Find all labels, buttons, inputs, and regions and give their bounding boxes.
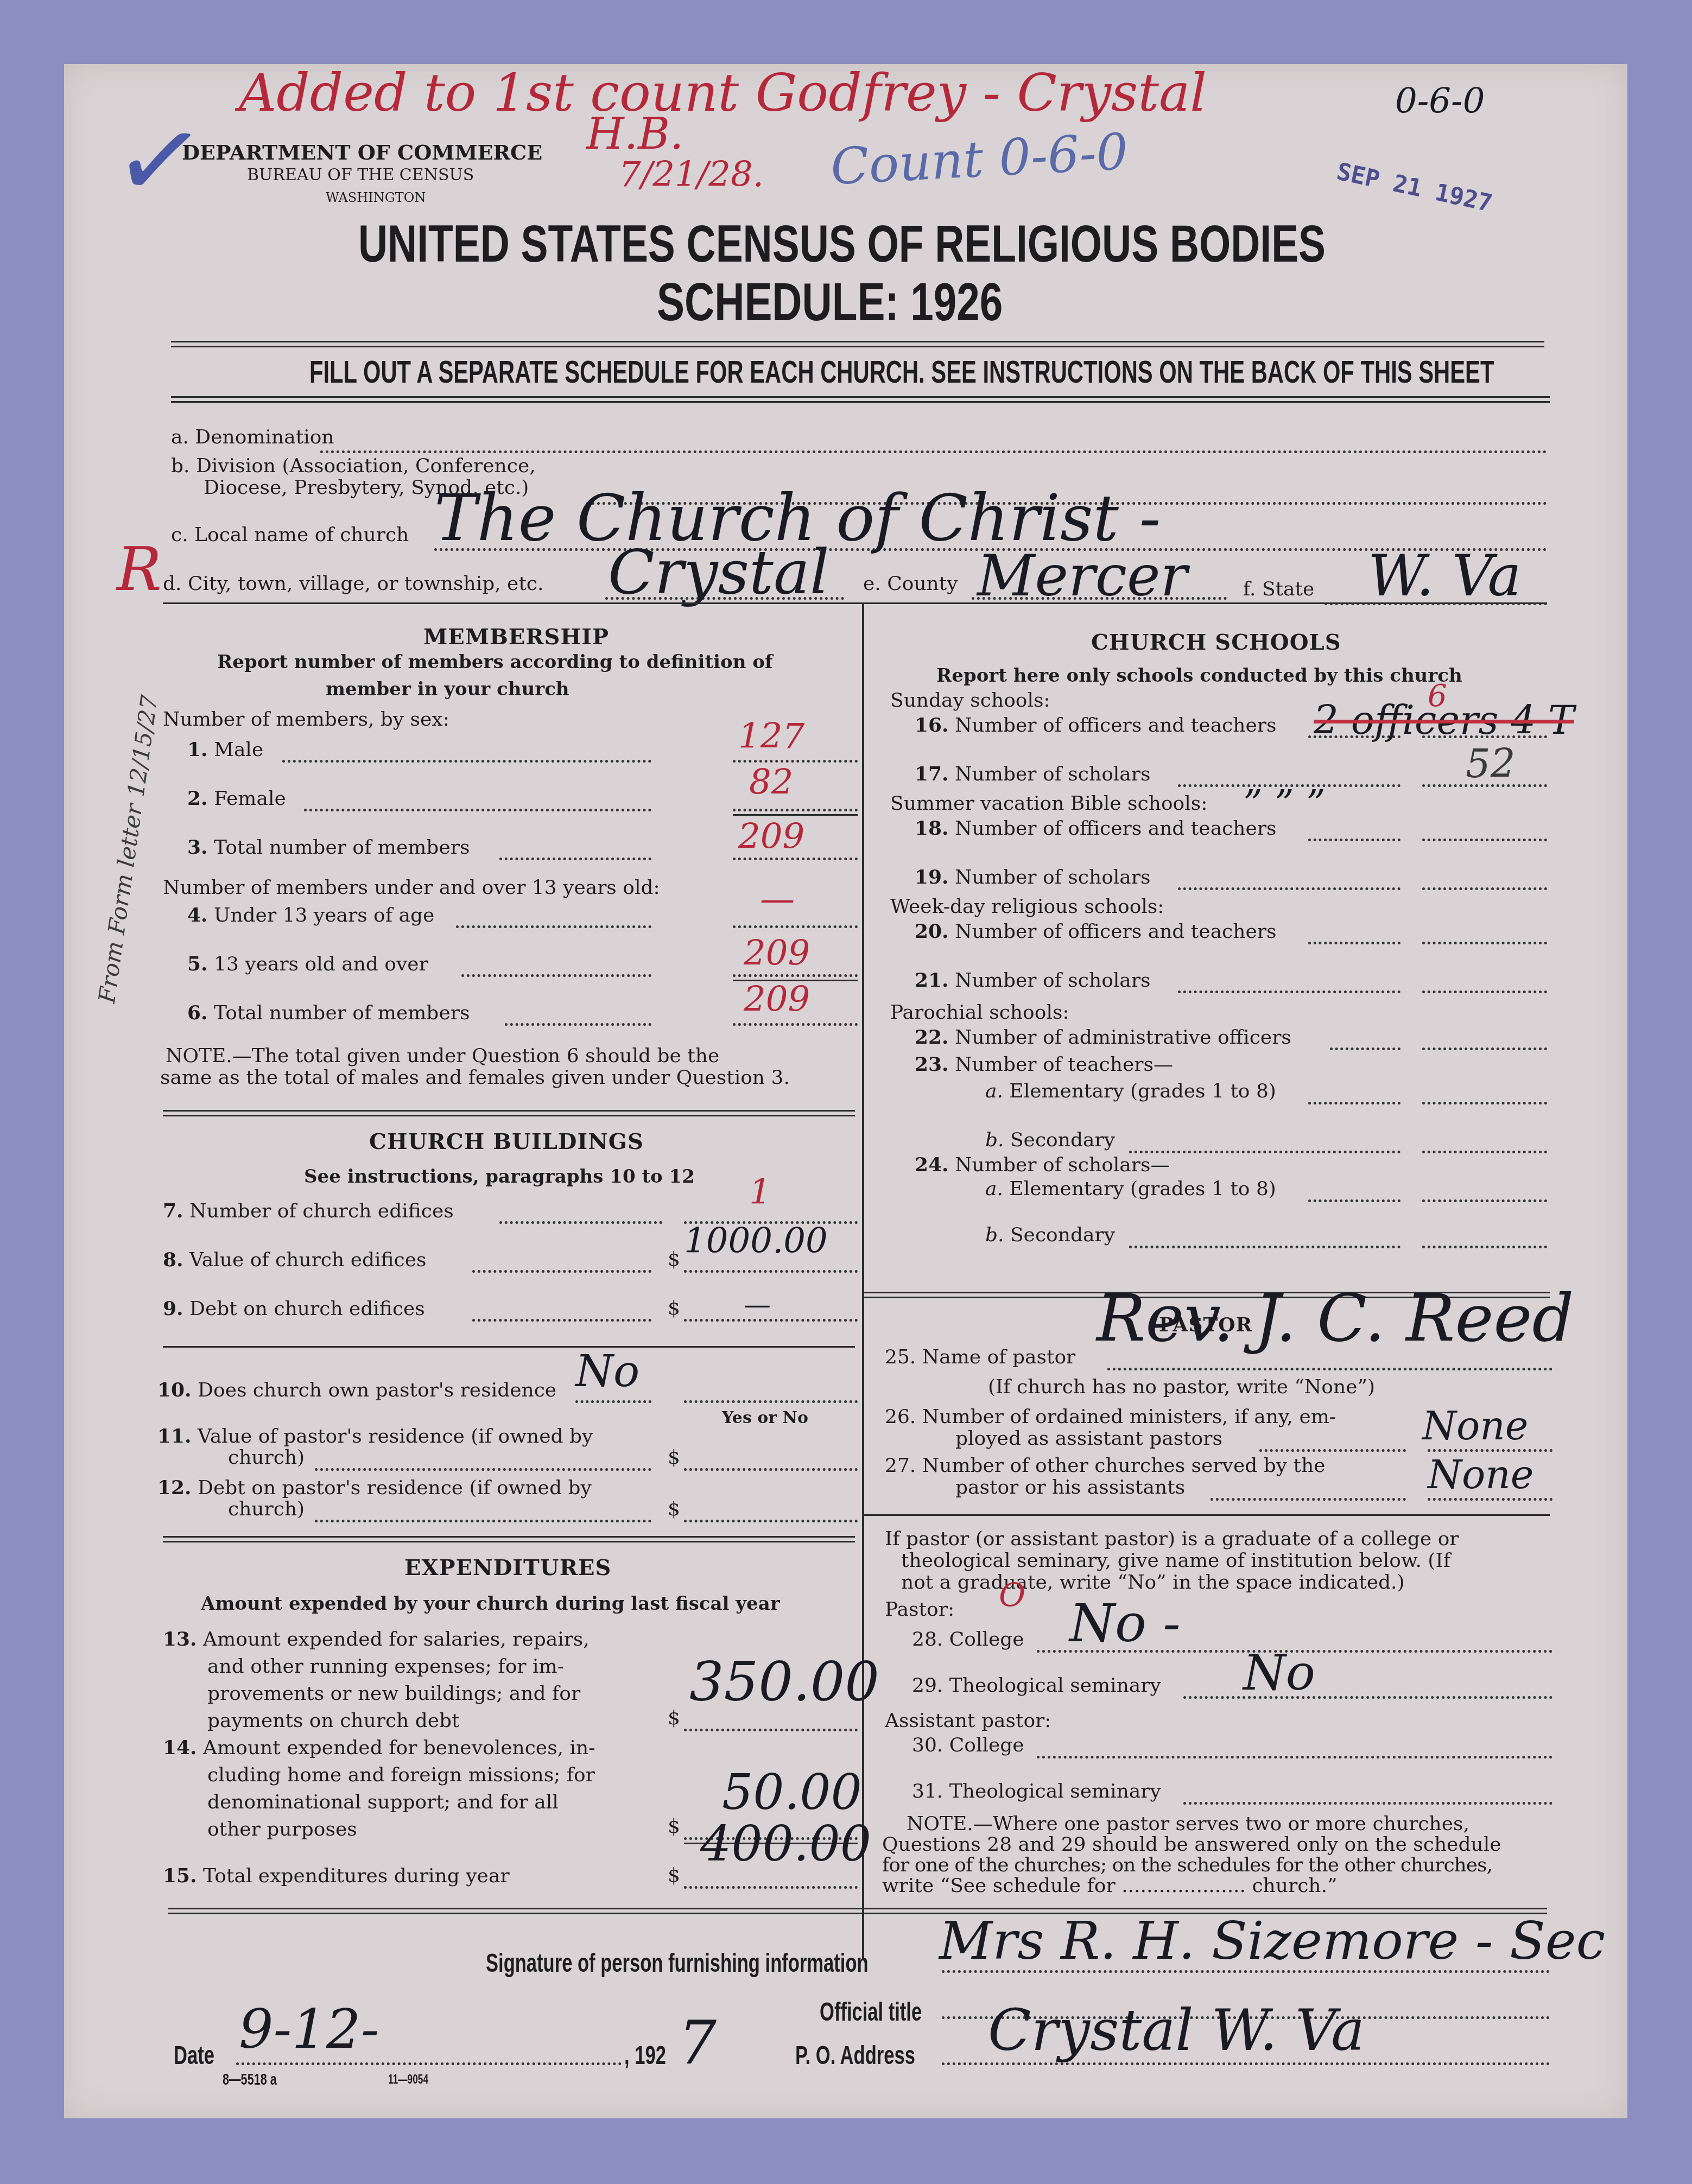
female-field[interactable]	[733, 809, 858, 811]
female-value[interactable]: 82	[749, 763, 793, 803]
debt-residence-dots	[315, 1520, 651, 1522]
pastor-name-label: 25. Name of pastor	[885, 1346, 1075, 1368]
assistant-pastors-value[interactable]: None	[1422, 1403, 1528, 1449]
other-churches-value[interactable]: None	[1428, 1452, 1533, 1497]
county-label: e. County	[863, 573, 958, 595]
membership-subtitle-2: member in your church	[326, 678, 569, 700]
membership-end-rule	[163, 1110, 855, 1116]
male-value[interactable]: 127	[738, 716, 804, 757]
membership-item-6: 6. Total number of members	[187, 1001, 470, 1024]
salaries-value[interactable]: 350.00	[689, 1650, 879, 1713]
weekday-scholars-field-a[interactable]	[1178, 991, 1401, 993]
pastor-subheading: Pastor:	[885, 1598, 954, 1621]
residence-value[interactable]: No	[575, 1346, 639, 1396]
denomination-label: a. Denomination	[171, 426, 334, 448]
church-schools-subtitle: Report here only schools conducted by th…	[936, 665, 1462, 687]
expenditures-title: EXPENDITURES	[404, 1555, 611, 1580]
other-churches-label-2: pastor or his assistants	[955, 1476, 1185, 1499]
other-churches-dots	[1211, 1498, 1406, 1501]
currency-11: $	[668, 1446, 680, 1469]
debt-edifices-value[interactable]: —	[744, 1289, 771, 1320]
over13-field[interactable]	[733, 974, 858, 977]
other-churches-label-1: 27. Number of other churches served by t…	[885, 1455, 1325, 1477]
pastor-seminary-field[interactable]	[1183, 1696, 1552, 1699]
scholars-secondary-field-a[interactable]	[1129, 1246, 1401, 1248]
membership-item-5: 5. 13 years old and over	[187, 953, 428, 975]
city-label: WASHINGTON	[326, 190, 426, 205]
official-title-label: Official title	[820, 1997, 922, 2027]
schools-item-19: 19. Number of scholars	[915, 866, 1151, 888]
edifices-value[interactable]: 1	[749, 1172, 771, 1212]
total-dots	[499, 858, 651, 860]
graduate-note-2: theological seminary, give name of insti…	[901, 1550, 1450, 1572]
division-label-1: b. Division (Association, Conference,	[171, 455, 536, 477]
expenditures-subtitle: Amount expended by your church during la…	[201, 1593, 780, 1615]
teachers-secondary-field-b[interactable]	[1422, 1151, 1547, 1153]
currency-12: $	[668, 1498, 680, 1520]
department-label: DEPARTMENT OF COMMERCE	[182, 140, 542, 164]
summer-schools-label: Summer vacation Bible schools:	[890, 792, 1207, 815]
weekday-scholars-field-b[interactable]	[1422, 991, 1547, 993]
po-address-value[interactable]: Crystal W. Va	[988, 1997, 1365, 2064]
instruction-banner: FILL OUT A SEPARATE SCHEDULE FOR EACH CH…	[309, 354, 1494, 390]
total-expenditures-value[interactable]: 400.00	[700, 1815, 871, 1872]
initials-date: 7/21/28.	[619, 155, 764, 195]
currency-15: $	[668, 1864, 680, 1887]
debt-edifices-dots	[472, 1319, 651, 1322]
under13-dots	[456, 925, 651, 928]
value-edifices-value[interactable]: 1000.00	[684, 1221, 828, 1261]
membership-title: MEMBERSHIP	[423, 624, 609, 650]
value-residence-field[interactable]	[684, 1468, 858, 1471]
under13-field[interactable]	[733, 925, 858, 928]
buildings-item-12: 12. Debt on pastor's residence (if owned…	[157, 1476, 592, 1499]
schools-item-23: 23. Number of teachers—	[915, 1053, 1173, 1076]
schools-item-20: 20. Number of officers and teachers	[915, 920, 1276, 943]
male-dots	[282, 760, 651, 763]
membership-note-2: same as the total of males and females g…	[160, 1066, 790, 1089]
total-field[interactable]	[733, 858, 858, 860]
teachers-elementary-field-b[interactable]	[1422, 1102, 1547, 1104]
local-name-label: c. Local name of church	[171, 524, 409, 546]
pastor-mid-rule	[863, 1514, 1550, 1516]
bureau-label: BUREAU OF THE CENSUS	[247, 166, 474, 185]
assistant-pastors-label-1: 26. Number of ordained ministers, if any…	[885, 1406, 1336, 1428]
buildings-item-10: 10. Does church own pastor's residence	[157, 1379, 556, 1401]
sunday-schools-label: Sunday schools:	[890, 689, 1050, 712]
assistant-pastors-dots	[1259, 1449, 1406, 1452]
schools-item-18: 18. Number of officers and teachers	[915, 817, 1276, 840]
summer-officers-field-b[interactable]	[1422, 839, 1547, 841]
schools-item-23b: b. Secondary	[985, 1129, 1115, 1151]
total-value[interactable]: 209	[738, 817, 804, 857]
buildings-title: CHURCH BUILDINGS	[369, 1129, 644, 1154]
membership-note-1: NOTE.—The total given under Question 6 s…	[166, 1045, 719, 1067]
membership-item-4: 4. Under 13 years of age	[187, 904, 434, 926]
year-prefix: , 192	[624, 2041, 666, 2071]
other-churches-field[interactable]	[1428, 1498, 1552, 1501]
print-number: 11—9054	[388, 2072, 428, 2087]
sum-rule	[733, 814, 858, 816]
assistant-seminary-field[interactable]	[1183, 1802, 1552, 1805]
form-title: UNITED STATES CENSUS OF RELIGIOUS BODIES	[358, 214, 1326, 274]
female-dots	[304, 809, 651, 811]
sunday-officers-correction[interactable]: 6	[1428, 678, 1447, 714]
buildings-item-11-cont: church)	[228, 1446, 305, 1469]
debt-edifices-field[interactable]	[684, 1319, 858, 1322]
header-rule-bottom	[171, 396, 1550, 403]
over13-value[interactable]: 209	[744, 934, 810, 974]
buildings-item-8: 8. Value of church edifices	[163, 1248, 426, 1271]
assistant-seminary-label: 31. Theological seminary	[912, 1780, 1161, 1802]
assistant-college-field[interactable]	[1037, 1756, 1552, 1758]
pastor-seminary-value[interactable]: No	[1243, 1645, 1315, 1702]
yes-no-hint: Yes or No	[722, 1408, 808, 1427]
scholars-elementary-field-a[interactable]	[1308, 1199, 1401, 1202]
schools-item-22: 22. Number of administrative officers	[915, 1026, 1291, 1049]
weekday-schools-label: Week-day religious schools:	[890, 896, 1164, 918]
schools-item-21: 21. Number of scholars	[915, 969, 1151, 992]
over13-dots	[461, 974, 651, 977]
expenditure-item-15: 15. Total expenditures during year	[163, 1864, 510, 1887]
pastor-college-label: 28. College	[912, 1628, 1024, 1650]
pastor-note-2: Questions 28 and 29 should be answered o…	[882, 1833, 1501, 1856]
graduate-note-1: If pastor (or assistant pastor) is a gra…	[885, 1528, 1459, 1550]
membership-item-1: 1. Male	[187, 738, 263, 761]
form-number: 8—5518 a	[223, 2071, 277, 2089]
total2-value[interactable]: 209	[744, 980, 810, 1020]
under13-value[interactable]: —	[760, 879, 795, 919]
buildings-subtitle: See instructions, paragraphs 10 to 12	[304, 1166, 695, 1188]
pastor-college-value[interactable]: No -	[1069, 1593, 1181, 1654]
debt-residence-field[interactable]	[684, 1520, 858, 1522]
admin-officers-field-b[interactable]	[1422, 1047, 1547, 1050]
admin-officers-field-a[interactable]	[1330, 1047, 1401, 1050]
date-value[interactable]: 9-12-	[239, 1997, 379, 2061]
total2-field[interactable]	[733, 1023, 858, 1026]
pastor-note-3: for one of the churches; on the schedule…	[882, 1854, 1492, 1876]
buildings-item-12-cont: church)	[228, 1498, 305, 1520]
initials-note: H.B.	[586, 109, 683, 159]
schools-item-24a: a. Elementary (grades 1 to 8)	[985, 1178, 1276, 1200]
assistant-pastor-subheading: Assistant pastor:	[885, 1710, 1051, 1732]
buildings-item-9: 9. Debt on church edifices	[163, 1297, 425, 1320]
city-town-value[interactable]: Crystal	[608, 537, 829, 608]
sunday-scholars-value[interactable]: 52	[1466, 741, 1516, 786]
schools-item-16: 16. Number of officers and teachers	[915, 714, 1276, 737]
summer-scholars-field-a[interactable]	[1178, 887, 1401, 890]
po-address-label: P. O. Address	[795, 2041, 915, 2071]
scholars-secondary-field-b[interactable]	[1422, 1246, 1547, 1248]
pastor-note-4: write “See schedule for ................…	[882, 1875, 1337, 1897]
value-residence-dots	[315, 1468, 651, 1471]
expenditure-item-14: 14. Amount expended for benevolences, in…	[163, 1734, 595, 1843]
assistant-college-label: 30. College	[912, 1734, 1024, 1756]
city-town-label: d. City, town, village, or township, etc…	[163, 573, 543, 595]
total-expenditures-field[interactable]	[684, 1886, 858, 1889]
currency-14: $	[668, 1815, 680, 1838]
value-edifices-dots	[472, 1270, 651, 1273]
graduate-note-3: not a graduate, write “No” in the space …	[901, 1571, 1405, 1593]
teachers-elementary-field-a[interactable]	[1308, 1102, 1401, 1104]
value-edifices-field[interactable]	[684, 1270, 858, 1273]
added-to-count-note: Added to 1st count Godfrey - Crystal	[239, 62, 1207, 123]
total2-dots	[505, 1023, 651, 1026]
pastor-name-field[interactable]	[1107, 1368, 1552, 1370]
currency-13: $	[668, 1707, 680, 1729]
weekday-officers-field-a[interactable]	[1308, 942, 1401, 944]
buildings-end-rule	[163, 1536, 855, 1542]
membership-item-3: 3. Total number of members	[187, 836, 470, 859]
header-rule-top	[171, 341, 1544, 347]
state-value[interactable]: W. Va	[1368, 543, 1521, 609]
signature-label: Signature of person furnishing informati…	[486, 1948, 869, 1978]
scholars-elementary-field-b[interactable]	[1422, 1199, 1547, 1202]
schools-item-24: 24. Number of scholars—	[915, 1153, 1170, 1176]
residence-dots	[575, 1400, 651, 1403]
benevolences-value[interactable]: 50.00	[722, 1764, 862, 1821]
year-value[interactable]: 7	[679, 2008, 717, 2078]
membership-subtitle-1: Report number of members according to de…	[217, 651, 773, 673]
pastor-name-hint: (If church has no pastor, write “None”)	[988, 1376, 1375, 1398]
date-field[interactable]	[236, 2062, 622, 2065]
weekday-officers-field-b[interactable]	[1422, 942, 1547, 944]
margin-r-mark: R	[117, 535, 162, 604]
currency-9: $	[668, 1297, 680, 1319]
buildings-item-11: 11. Value of pastor's residence (if owne…	[157, 1425, 593, 1447]
denomination-field[interactable]	[320, 450, 1547, 453]
pastor-seminary-label: 29. Theological seminary	[912, 1674, 1161, 1697]
membership-item-2: 2. Female	[187, 787, 286, 810]
age-label: Number of members under and over 13 year…	[163, 877, 660, 899]
column-divider	[862, 602, 864, 1959]
church-schools-title: CHURCH SCHOOLS	[1091, 630, 1341, 655]
residence-field[interactable]	[684, 1400, 858, 1403]
schools-item-24b: b. Secondary	[985, 1224, 1115, 1246]
edifices-dots	[499, 1221, 662, 1224]
date-label: Date	[174, 2041, 214, 2071]
schools-item-17: 17. Number of scholars	[915, 763, 1151, 785]
assistant-pastors-label-2: ployed as assistant pastors	[955, 1427, 1222, 1450]
summer-scholars-field-b[interactable]	[1422, 887, 1547, 890]
summer-officers-field-a[interactable]	[1308, 839, 1401, 841]
buildings-item-7: 7. Number of church edifices	[163, 1199, 454, 1222]
schools-item-23a: a. Elementary (grades 1 to 8)	[985, 1080, 1276, 1102]
by-sex-label: Number of members, by sex:	[163, 708, 449, 731]
currency-8: $	[668, 1248, 680, 1271]
expenditure-item-13: 13. Amount expended for salaries, repair…	[163, 1626, 590, 1735]
red-circle-mark: O	[999, 1577, 1025, 1615]
pastor-note-1: NOTE.—Where one pastor serves two or mor…	[907, 1813, 1469, 1835]
top-right-count: 0-6-0	[1395, 81, 1485, 122]
parochial-schools-label: Parochial schools:	[890, 1001, 1069, 1024]
buildings-mid-rule	[163, 1346, 855, 1348]
county-value[interactable]: Mercer	[977, 543, 1187, 609]
salaries-field[interactable]	[684, 1729, 858, 1731]
signature-value[interactable]: Mrs R. H. Sizemore - Sec	[939, 1910, 1605, 1971]
pastor-name-value[interactable]: Rev. J. C. Reed	[1097, 1281, 1574, 1356]
section-rule	[163, 602, 1547, 604]
schedule-title: SCHEDULE: 1926	[657, 271, 1003, 333]
state-label: f. State	[1243, 578, 1314, 600]
